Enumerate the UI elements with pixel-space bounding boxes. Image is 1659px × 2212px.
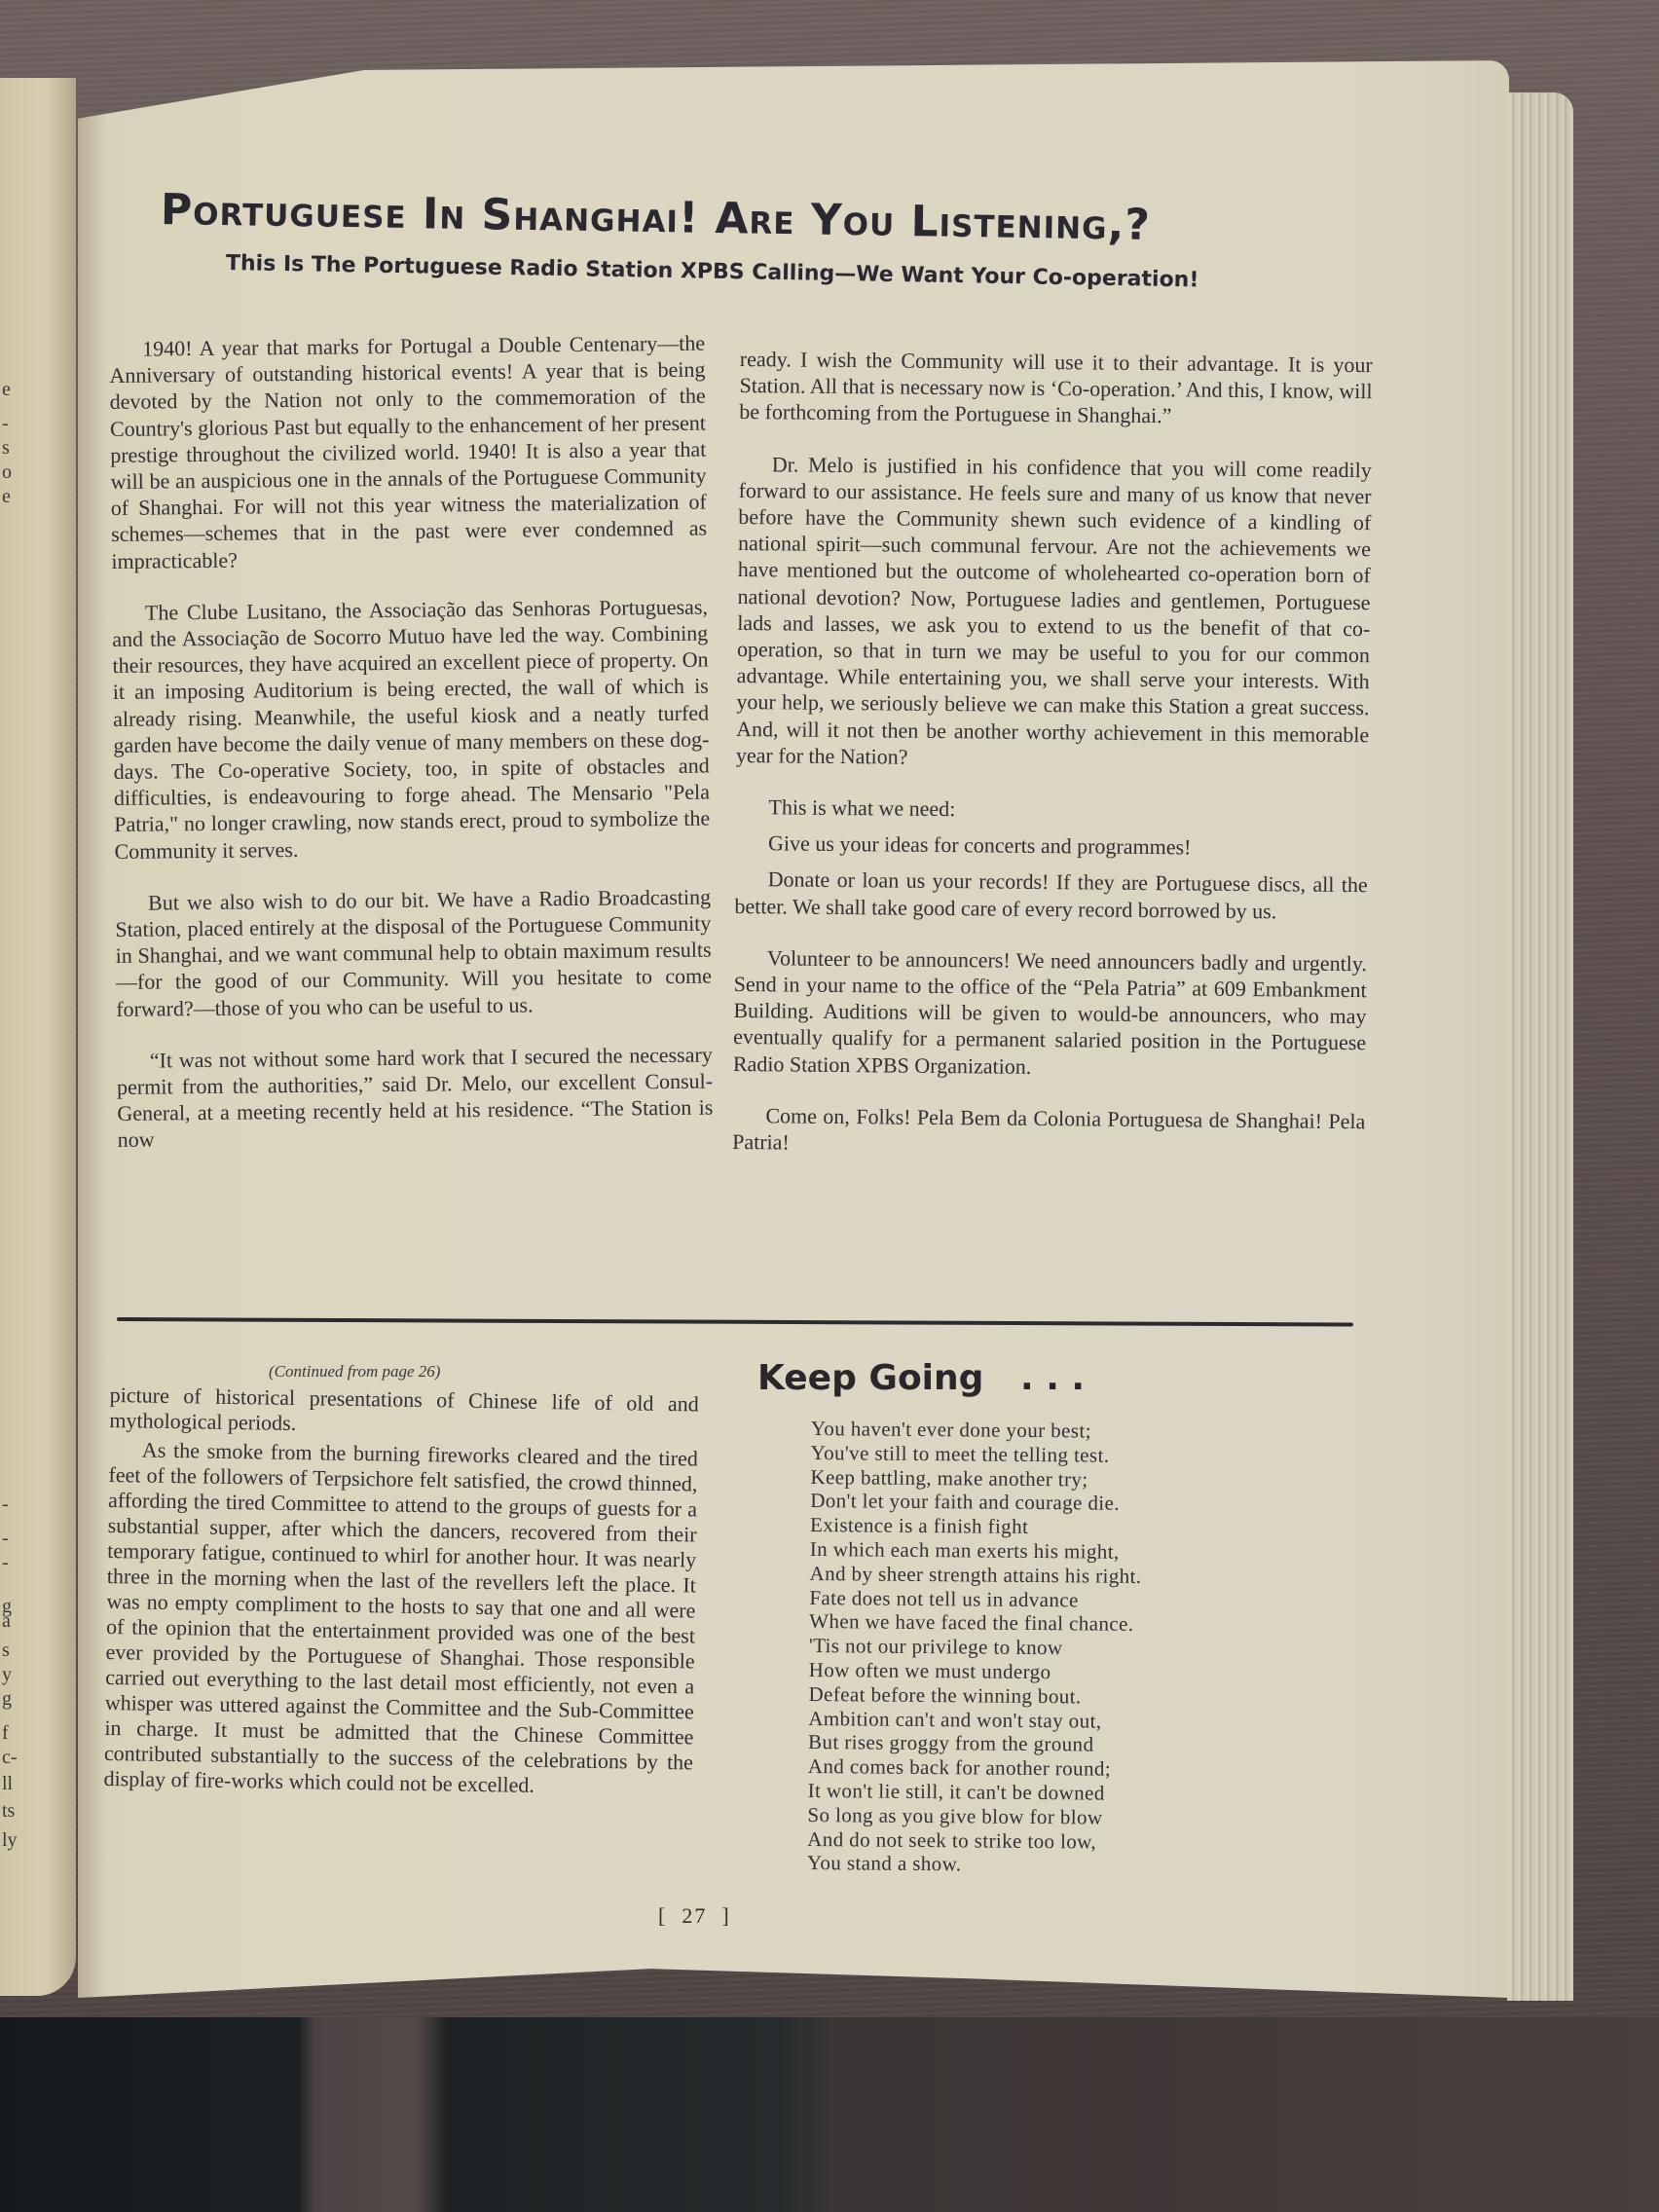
article-right-column: ready. I wish the Community will use it …	[732, 346, 1373, 1186]
paragraph: As the smoke from the burning fireworks …	[103, 1437, 698, 1800]
paragraph: Donate or loan us your records! If they …	[734, 866, 1367, 925]
paragraph: Dr. Melo is justified in his confidence …	[736, 451, 1372, 775]
poem-line: And do not seek to strike too low,	[807, 1827, 1139, 1855]
poem-line: 'Tis not our privilege to know	[809, 1634, 1141, 1661]
poem-line: Existence is a finish fight	[810, 1513, 1142, 1540]
paragraph: 1940! A year that marks for Portugal a D…	[109, 330, 708, 574]
page-number: [ 27 ]	[658, 1903, 731, 1929]
paragraph: picture of historical presentations of C…	[109, 1382, 699, 1442]
paragraph: The Clube Lusitano, the Associação das S…	[112, 593, 711, 864]
poem-title: Keep Going . . .	[757, 1358, 1085, 1398]
continued-note: (Continued from page 26)	[269, 1362, 440, 1382]
poem-line: Ambition can't and won't stay out,	[808, 1707, 1140, 1734]
poem-line: How often we must undergo	[809, 1658, 1141, 1685]
poem-line: Fate does not tell us in advance	[809, 1586, 1141, 1613]
article-headline: Portuguese In Shanghai! Are You Listenin…	[161, 185, 1310, 253]
poem-line: When we have faced the final chance.	[809, 1609, 1141, 1637]
paragraph: Give us your ideas for concerts and prog…	[735, 829, 1368, 862]
paragraph: ready. I wish the Community will use it …	[739, 346, 1373, 431]
paragraph: But we also wish to do our bit. We have …	[115, 883, 712, 1021]
poem-line: So long as you give blow for blow	[807, 1803, 1139, 1830]
poem-line: Defeat before the winning bout.	[808, 1682, 1140, 1710]
article-left-column: 1940! A year that marks for Portugal a D…	[109, 330, 714, 1179]
paragraph: Come on, Folks! Pela Bem da Colonia Port…	[732, 1102, 1365, 1161]
poem-line: But rises groggy from the ground	[808, 1730, 1140, 1757]
poem-line: And comes back for another round;	[808, 1754, 1140, 1782]
continuation-column: picture of historical presentations of C…	[103, 1382, 699, 1804]
page-content: Portuguese In Shanghai! Are You Listenin…	[0, 0, 1659, 2212]
section-divider	[117, 1317, 1353, 1327]
poem-body: You haven't ever done your best; You've …	[807, 1417, 1143, 1878]
article-subhead: This Is The Portuguese Radio Station XPB…	[226, 251, 1199, 292]
poem-line: You've still to meet the telling test.	[811, 1441, 1143, 1468]
paragraph: Volunteer to be announcers! We need anno…	[733, 944, 1367, 1083]
poem-line: Don't let your faith and courage die.	[810, 1489, 1142, 1516]
paragraph: “It was not without some hard work that …	[117, 1041, 714, 1153]
poem-line: It won't lie still, it can't be downed	[808, 1779, 1140, 1806]
poem-line: In which each man exerts his might,	[810, 1537, 1142, 1565]
poem-line: And by sheer strength attains his right.	[809, 1562, 1141, 1589]
poem-line: Keep battling, make another try;	[810, 1465, 1142, 1493]
paragraph: This is what we need:	[735, 793, 1368, 826]
poem-line: You stand a show.	[807, 1851, 1139, 1878]
poem-line: You haven't ever done your best;	[811, 1417, 1143, 1444]
